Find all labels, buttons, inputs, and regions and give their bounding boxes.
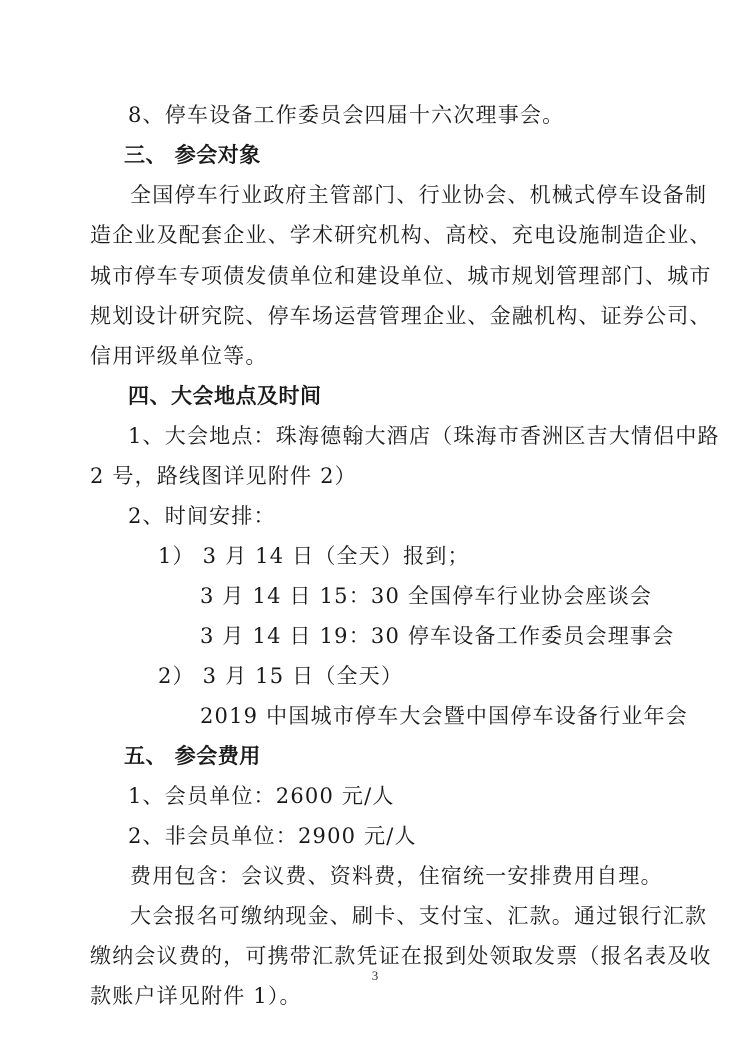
fee-member: 1、会员单位：2600 元/人 <box>128 782 395 810</box>
schedule-heading: 2、时间安排： <box>128 502 276 530</box>
schedule-item: 2） 3 月 15 日（全天） <box>158 662 403 690</box>
fee-includes: 费用包含：会议费、资料费，住宿统一安排费用自理。 <box>130 862 663 890</box>
venue-line: 2 号，路线图详见附件 2） <box>90 462 357 490</box>
page-number: 3 <box>0 968 750 984</box>
payment-paragraph-line: 款账户详见附件 1）。 <box>90 982 302 1010</box>
attendees-paragraph-line: 规划设计研究院、停车场运营管理企业、金融机构、证券公司、 <box>90 302 712 330</box>
attendees-paragraph-line: 信用评级单位等。 <box>90 342 268 370</box>
schedule-subitem: 3 月 14 日 19：30 停车设备工作委员会理事会 <box>200 622 674 650</box>
section-heading-attendees: 三、 参会对象 <box>124 141 261 169</box>
attendees-paragraph-line: 城市停车专项债发债单位和建设单位、城市规划管理部门、城市 <box>90 262 712 290</box>
schedule-subitem: 3 月 14 日 15：30 全国停车行业协会座谈会 <box>200 582 652 610</box>
payment-paragraph-line: 大会报名可缴纳现金、刷卡、支付宝、汇款。通过银行汇款 <box>130 902 707 930</box>
schedule-subitem: 2019 中国城市停车大会暨中国停车设备行业年会 <box>200 702 688 730</box>
fee-nonmember: 2、非会员单位：2900 元/人 <box>128 822 417 850</box>
attendees-paragraph-line: 造企业及配套企业、学术研究机构、高校、充电设施制造企业、 <box>90 221 712 249</box>
section-heading-venue-time: 四、大会地点及时间 <box>128 382 322 410</box>
attendees-paragraph-line: 全国停车行业政府主管部门、行业协会、机械式停车设备制 <box>130 181 707 209</box>
payment-paragraph-line: 缴纳会议费的，可携带汇款凭证在报到处领取发票（报名表及收 <box>90 942 712 970</box>
section-heading-fees: 五、 参会费用 <box>124 742 261 770</box>
agenda-item-8: 8、停车设备工作委员会四届十六次理事会。 <box>128 101 564 129</box>
document-page: 8、停车设备工作委员会四届十六次理事会。 三、 参会对象 全国停车行业政府主管部… <box>0 0 750 1060</box>
schedule-item: 1） 3 月 14 日（全天）报到； <box>158 542 470 570</box>
venue-line: 1、大会地点：珠海德翰大酒店（珠海市香洲区吉大情侣中路 <box>128 422 720 450</box>
